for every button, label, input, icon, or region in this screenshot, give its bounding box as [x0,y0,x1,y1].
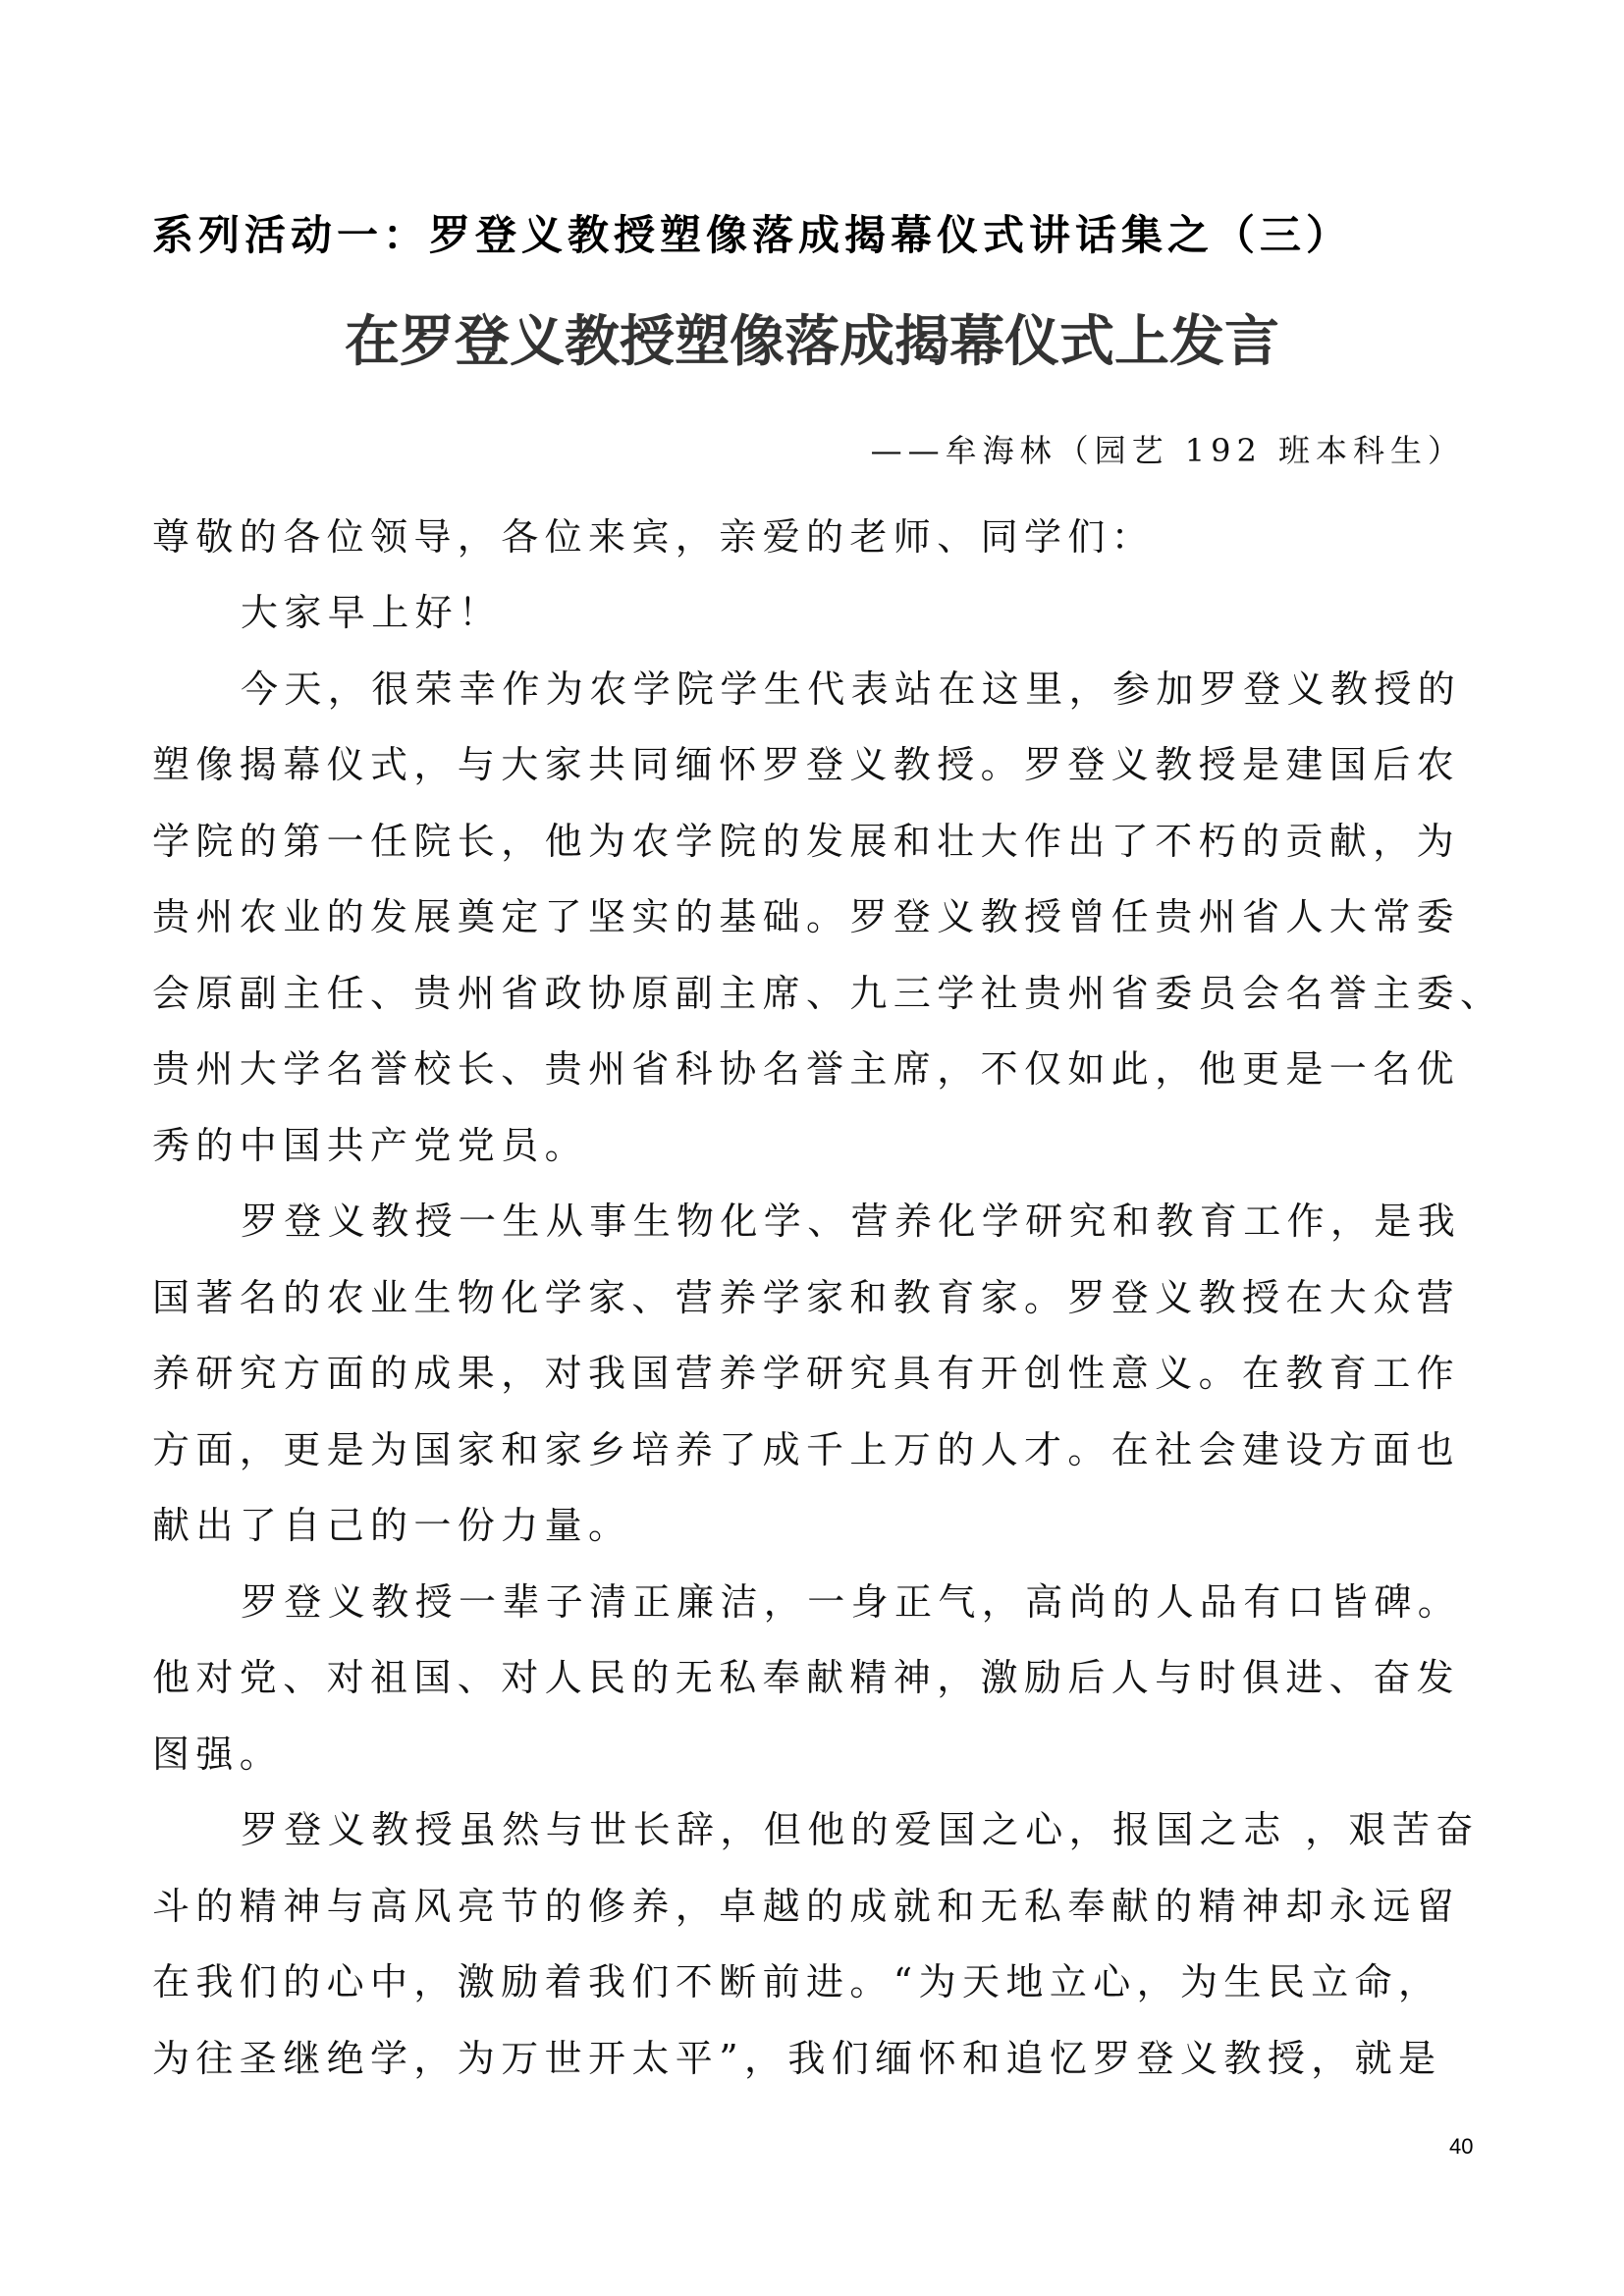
body-line: 方面，更是为国家和家乡培养了成千上万的人才。在社会建设方面也 [152,1420,1488,1479]
body-line: 会原副主任、贵州省政协原副主席、九三学社贵州省委员会名誉主委、 [152,964,1488,1023]
body-line: 学院的第一任院长，他为农学院的发展和壮大作出了不朽的贡献，为 [152,812,1488,871]
body-line: 他对党、对祖国、对人民的无私奉献精神，激励后人与时俱进、奋发 [152,1648,1488,1707]
series-heading: 系列活动一：罗登义教授塑像落成揭幕仪式讲话集之（三） [152,204,1330,267]
body-line: 秀的中国共产党党员。 [152,1116,1488,1175]
body-line: 养研究方面的成果，对我国营养学研究具有开创性意义。在教育工作 [152,1344,1488,1403]
body-line: 今天，很荣幸作为农学院学生代表站在这里，参加罗登义教授的 [152,660,1488,719]
author-byline: ——牟海林（园艺 192 班本科生） [871,428,1465,473]
body-line: 尊敬的各位领导，各位来宾，亲爱的老师、同学们： [152,507,1488,566]
body-line: 罗登义教授一辈子清正廉洁，一身正气，高尚的人品有口皆碑。 [152,1573,1488,1631]
body-line: 贵州大学名誉校长、贵州省科协名誉主席，不仅如此，他更是一名优 [152,1040,1488,1098]
body-line: 斗的精神与高风亮节的修养，卓越的成就和无私奉献的精神却永远留 [152,1877,1488,1936]
document-page: 系列活动一：罗登义教授塑像落成揭幕仪式讲话集之（三） 在罗登义教授塑像落成揭幕仪… [0,0,1624,2296]
body-line: 献出了自己的一份力量。 [152,1496,1488,1555]
body-line: 罗登义教授一生从事生物化学、营养化学研究和教育工作，是我 [152,1192,1488,1251]
body-line: 在我们的心中，激励着我们不断前进。“为天地立心，为生民立命， [152,1952,1488,2011]
body-line: 图强。 [152,1725,1488,1784]
body-line: 塑像揭幕仪式，与大家共同缅怀罗登义教授。罗登义教授是建国后农 [152,735,1488,794]
body-line: 为往圣继绝学，为万世开太平”，我们缅怀和追忆罗登义教授，就是 [152,2029,1488,2088]
page-title: 在罗登义教授塑像落成揭幕仪式上发言 [0,300,1624,383]
body-line: 罗登义教授虽然与世长辞，但他的爱国之心，报国之志 ，艰苦奋 [152,1800,1488,1859]
body-line: 大家早上好！ [152,583,1488,642]
body-line: 贵州农业的发展奠定了坚实的基础。罗登义教授曾任贵州省人大常委 [152,887,1488,946]
body-line: 国著名的农业生物化学家、营养学家和教育家。罗登义教授在大众营 [152,1268,1488,1327]
page-number: 40 [1449,2132,1473,2162]
